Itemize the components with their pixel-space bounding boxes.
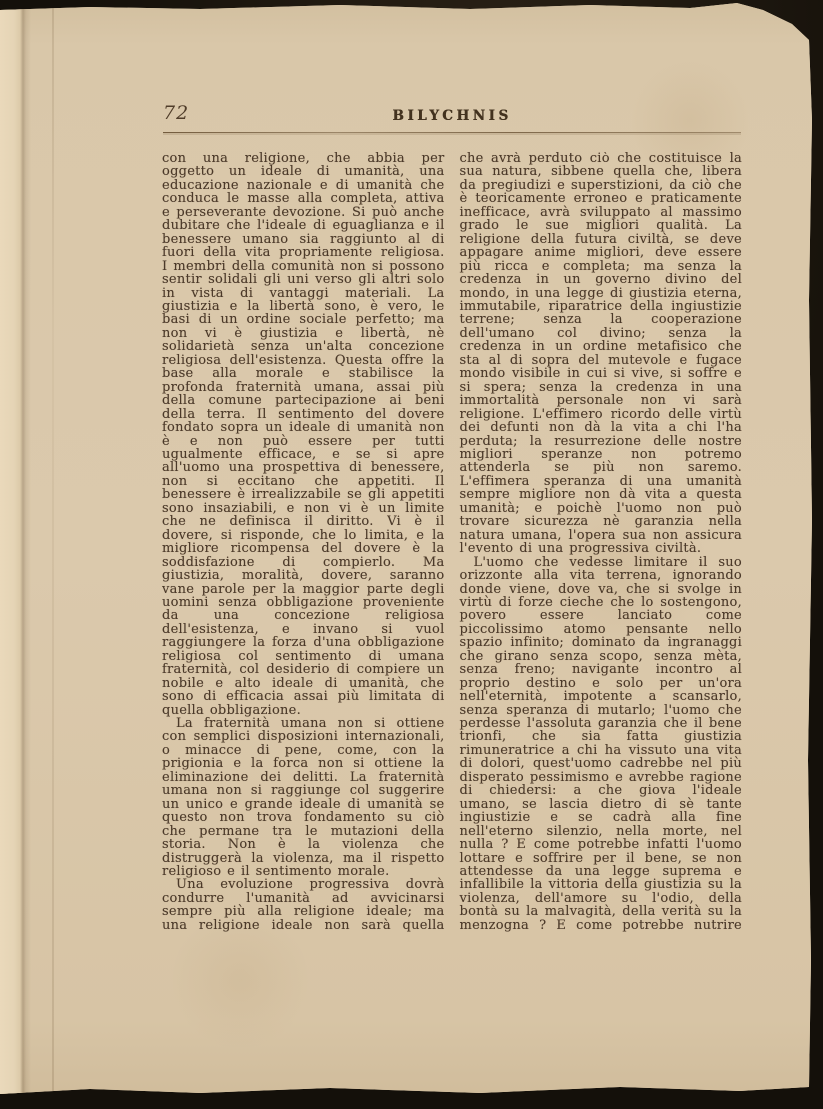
book-scan-background: 72 BILYCHNIS con una religione, che abbi… xyxy=(0,0,823,1109)
scanned-page: 72 BILYCHNIS con una religione, che abbi… xyxy=(0,0,823,1109)
paragraph: La fraternità umana non si ottiene con s… xyxy=(162,717,445,878)
header-rule xyxy=(163,132,741,133)
paragraph: con una religione, che abbia per oggetto… xyxy=(162,152,445,717)
page-left-edge xyxy=(0,0,36,1109)
page-crease xyxy=(52,0,54,1109)
article-text: con una religione, che abbia per oggetto… xyxy=(162,152,742,940)
journal-title: BILYCHNIS xyxy=(162,108,742,124)
running-head: 72 BILYCHNIS xyxy=(162,100,742,130)
